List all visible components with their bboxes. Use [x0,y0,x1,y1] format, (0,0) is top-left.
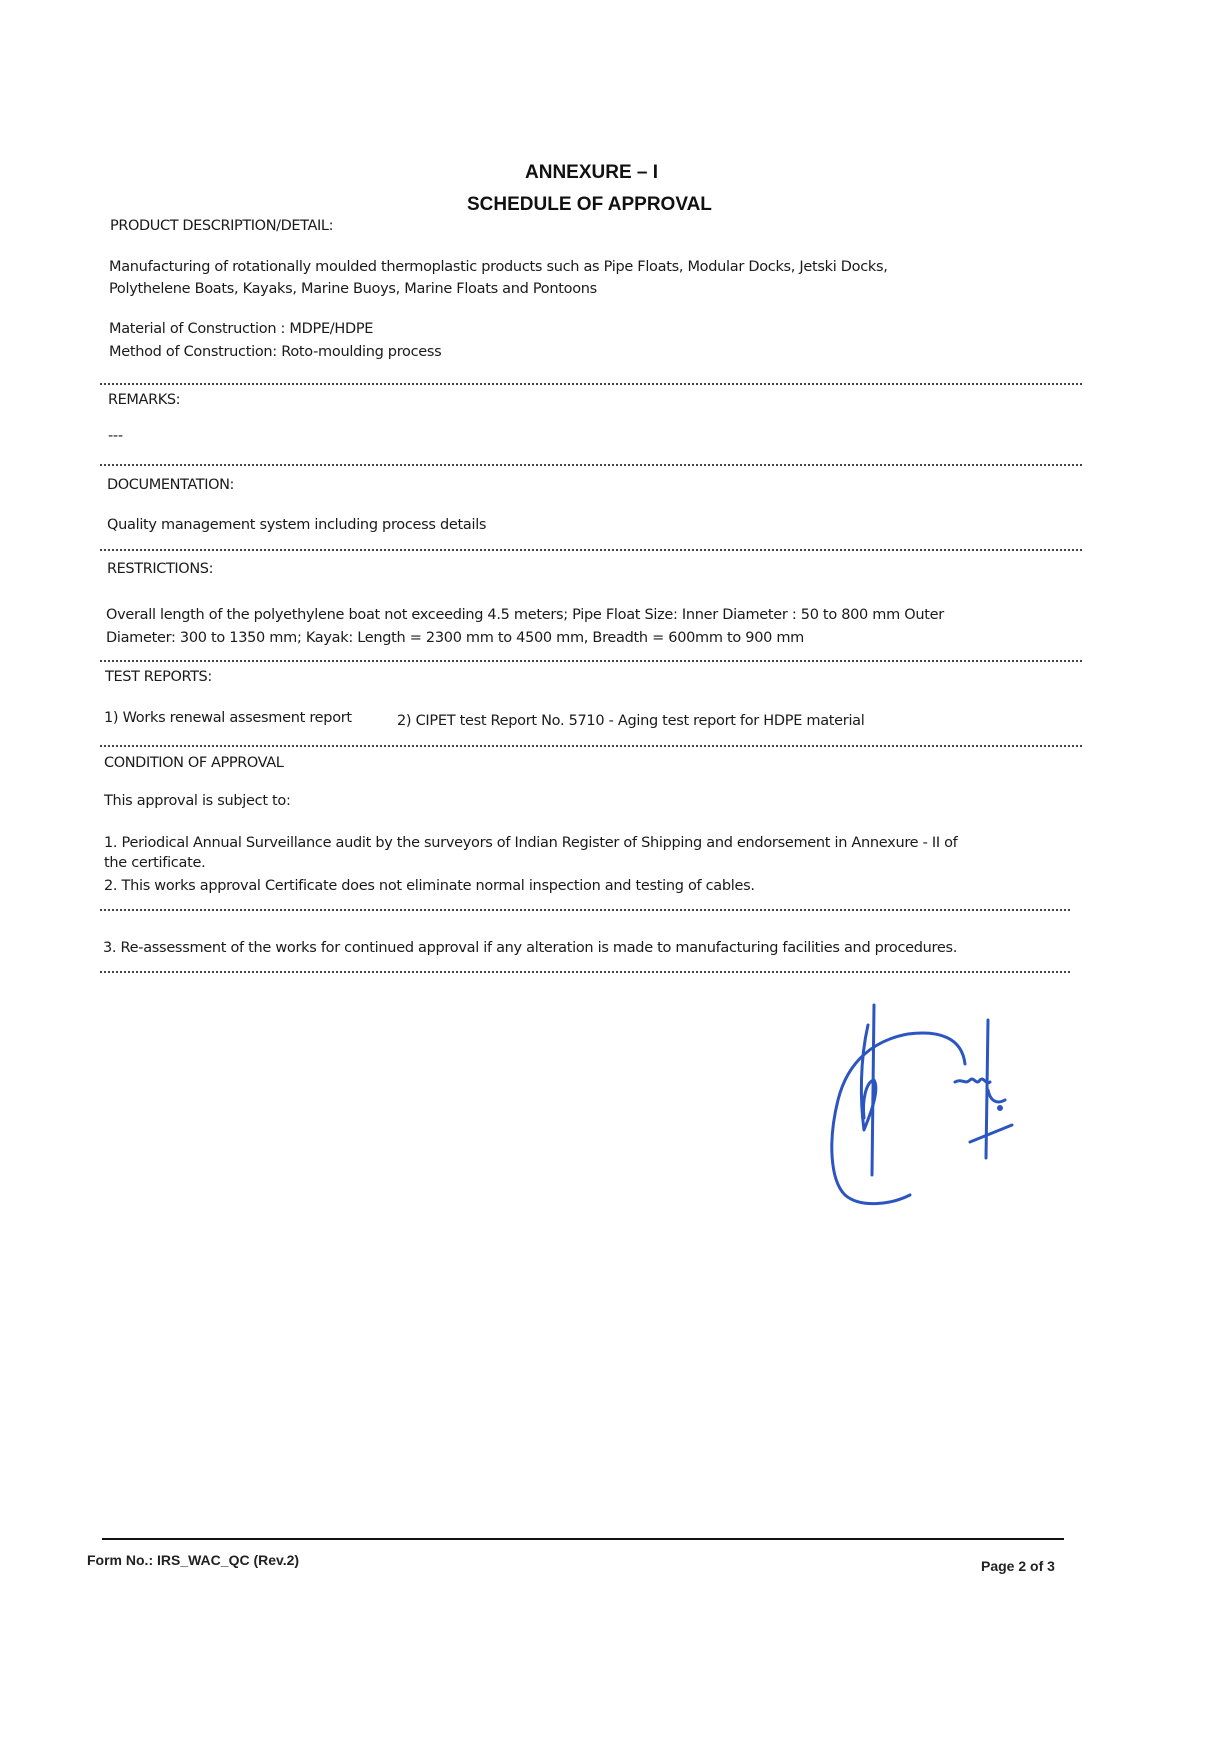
divider [100,971,1070,973]
product-description-label: PRODUCT DESCRIPTION/DETAIL: [110,218,333,234]
restrictions-label: RESTRICTIONS: [107,561,213,577]
annexure-heading: ANNEXURE – I [525,162,658,184]
condition-intro: This approval is subject to: [104,790,291,812]
test-reports-label: TEST REPORTS: [105,669,212,685]
form-number: Form No.: IRS_WAC_QC (Rev.2) [87,1552,299,1568]
restrictions-line2: Diameter: 300 to 1350 mm; Kayak: Length … [106,627,804,649]
test-report-1: 1) Works renewal assesment report [104,707,352,729]
footer-divider [102,1538,1064,1540]
divider [100,549,1082,551]
product-description-line1: Manufacturing of rotationally moulded th… [109,256,888,278]
restrictions-line1: Overall length of the polyethylene boat … [106,604,944,626]
condition-1-line2: the certificate. [104,852,205,874]
divider [100,464,1082,466]
documentation-label: DOCUMENTATION: [107,477,234,493]
remarks-label: REMARKS: [108,392,180,408]
divider [100,660,1082,662]
test-report-2: 2) CIPET test Report No. 5710 - Aging te… [397,710,865,732]
documentation-value: Quality management system including proc… [107,514,486,536]
product-description-line2: Polythelene Boats, Kayaks, Marine Buoys,… [109,278,597,300]
condition-1-line1: 1. Periodical Annual Surveillance audit … [104,832,958,854]
divider [100,745,1082,747]
remarks-value: --- [108,425,123,447]
condition-2: 2. This works approval Certificate does … [104,875,755,897]
page-number: Page 2 of 3 [981,1558,1055,1574]
material-of-construction: Material of Construction : MDPE/HDPE [109,318,373,340]
divider [100,383,1082,385]
condition-3: 3. Re-assessment of the works for contin… [103,937,957,959]
signature [800,990,1040,1230]
page-title: SCHEDULE OF APPROVAL [467,194,712,216]
condition-of-approval-label: CONDITION OF APPROVAL [104,755,283,771]
divider [100,909,1070,911]
method-of-construction: Method of Construction: Roto-moulding pr… [109,341,441,363]
